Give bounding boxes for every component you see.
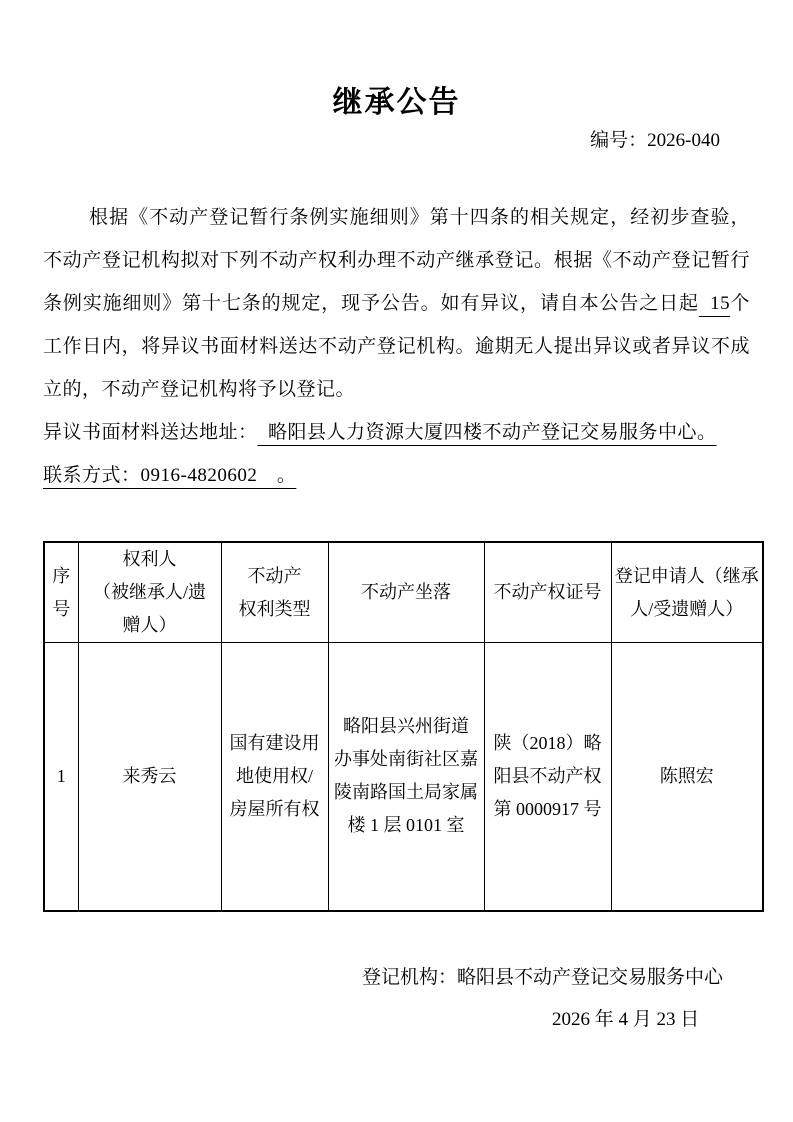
paragraph-text-before-days: 根据《不动产登记暂行条例实施细则》第十四条的相关规定，经初步查验，不动产登记机构… bbox=[43, 207, 750, 314]
registry-date-line: 2026 年 4 月 23 日 bbox=[43, 1007, 750, 1033]
cell-cert-number: 陕（2018）略 阳县不动产权 第 0000917 号 bbox=[484, 643, 611, 911]
cell-right-type: 国有建设用 地使用权/ 房屋所有权 bbox=[221, 643, 328, 911]
header-cell-location: 不动产坐落 bbox=[328, 542, 484, 643]
registry-org-line: 登记机构：略阳县不动产登记交易服务中心 bbox=[43, 965, 750, 991]
cell-rightholder: 来秀云 bbox=[78, 643, 221, 911]
header-cell-cert-number: 不动产权证号 bbox=[484, 542, 611, 643]
cell-location: 略阳县兴州街道 办事处南街社区嘉 陵南路国土局家属 楼 1 层 0101 室 bbox=[328, 643, 484, 911]
table-row: 1 来秀云 国有建设用 地使用权/ 房屋所有权 略阳县兴州街道 办事处南街社区嘉… bbox=[44, 643, 763, 911]
doc-number: 编号：2026-040 bbox=[43, 130, 750, 152]
document-page: 继承公告 编号：2026-040 根据《不动产登记暂行条例实施细则》第十四条的相… bbox=[0, 0, 793, 1122]
header-cell-index: 序 号 bbox=[44, 542, 78, 643]
cell-index: 1 bbox=[44, 643, 78, 911]
contact-underlined-text: 联系方式：0916-4820602 。 bbox=[43, 465, 296, 486]
header-cell-right-type: 不动产 权利类型 bbox=[221, 542, 328, 643]
cell-applicant: 陈照宏 bbox=[611, 643, 763, 911]
table-header-row: 序 号 权利人 （被继承人/遗 赠人） 不动产 权利类型 不动产坐落 不动产权证… bbox=[44, 542, 763, 643]
address-underlined-value: 略阳县人力资源大厦四楼不动产登记交易服务中心。 bbox=[258, 422, 717, 443]
contact-line: 联系方式：0916-4820602 。 bbox=[43, 454, 750, 497]
notice-paragraph: 根据《不动产登记暂行条例实施细则》第十四条的相关规定，经初步查验，不动产登记机构… bbox=[43, 196, 750, 411]
header-cell-applicant: 登记申请人（继承 人/受遗赠人） bbox=[611, 542, 763, 643]
page-title: 继承公告 bbox=[43, 84, 750, 122]
announcement-table: 序 号 权利人 （被继承人/遗 赠人） 不动产 权利类型 不动产坐落 不动产权证… bbox=[43, 541, 764, 912]
address-label: 异议书面材料送达地址： bbox=[43, 422, 258, 443]
address-line: 异议书面材料送达地址： 略阳县人力资源大厦四楼不动产登记交易服务中心。 bbox=[43, 411, 750, 454]
days-underlined-value: 15 bbox=[699, 293, 730, 314]
header-cell-rightholder: 权利人 （被继承人/遗 赠人） bbox=[78, 542, 221, 643]
notice-body: 根据《不动产登记暂行条例实施细则》第十四条的相关规定，经初步查验，不动产登记机构… bbox=[43, 196, 750, 497]
